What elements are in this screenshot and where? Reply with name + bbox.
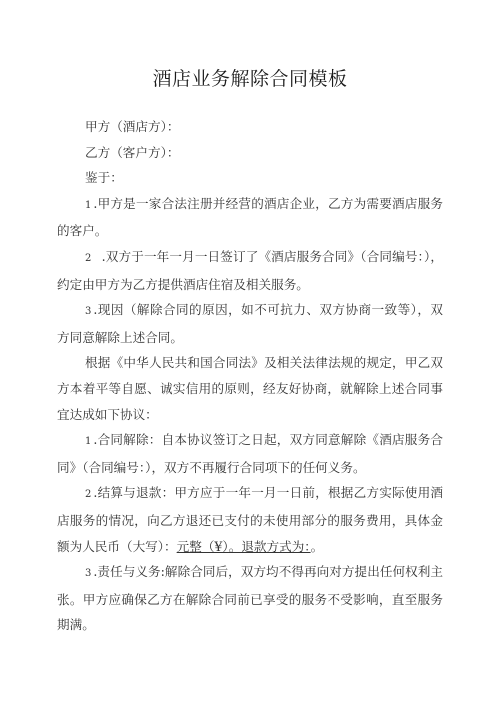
recital-number: 1 [85,200,91,211]
recital-text: .现因（解除合同的原因，如不可抗力、双方协商一致等），双方同意解除上述合同。 [57,302,443,345]
recital-1: 1.甲方是一家合法注册并经营的酒店企业，乙方为需要酒店服务的客户。 [57,191,443,244]
preamble-paragraph: 根据《中华人民共和国合同法》及相关法律法规的规定，甲乙双方本着平等自愿、诚实信用… [57,350,443,427]
clause-number: 2 [85,489,91,500]
recital-text: .双方于一年一月一日签订了《酒店服务合同》（合同编号：），约定由甲方为乙方提供酒… [57,249,443,292]
clause-text: .责任与义务:解除合同后，双方均不得再向对方提出任何权利主张。甲方应确保乙方在解… [57,564,443,632]
document-body: 甲方（酒店方）： 乙方（客户方）： 鉴于： 1.甲方是一家合法注册并经营的酒店企… [57,114,443,638]
clause-2: 2.结算与退款：甲方应于一年一月一日前，根据乙方实际使用酒店服务的情况，向乙方退… [57,480,443,559]
clause-3: 3.责任与义务:解除合同后，双方均不得再向对方提出任何权利主张。甲方应确保乙方在… [57,559,443,638]
party-b-line: 乙方（客户方）： [57,140,443,166]
whereas-heading: 鉴于： [57,165,443,191]
recital-text: .甲方是一家合法注册并经营的酒店企业，乙方为需要酒店服务的客户。 [57,196,443,239]
document-page: 酒店业务解除合同模板 甲方（酒店方）： 乙方（客户方）： 鉴于： 1.甲方是一家… [0,0,500,707]
clause-text: .合同解除：自本协议签订之日起，双方同意解除《酒店服务合同》（合同编号：），双方… [57,432,443,475]
clause-number: 3 [85,568,91,579]
recital-2: 2 .双方于一年一月一日签订了《酒店服务合同》（合同编号：），约定由甲方为乙方提… [57,244,443,297]
recital-number: 2 [85,253,91,264]
clause-tail: 。 [311,539,324,554]
clause-1: 1.合同解除：自本协议签订之日起，双方同意解除《酒店服务合同》（合同编号：），双… [57,427,443,480]
refund-amount-blank: 元整（¥）。退款方式为： [177,539,311,554]
recital-number: 3 [85,306,91,317]
party-a-line: 甲方（酒店方）： [57,114,443,140]
recital-3: 3.现因（解除合同的原因，如不可抗力、双方协商一致等），双方同意解除上述合同。 [57,297,443,350]
clause-number: 1 [85,436,91,447]
document-title: 酒店业务解除合同模板 [0,64,500,91]
